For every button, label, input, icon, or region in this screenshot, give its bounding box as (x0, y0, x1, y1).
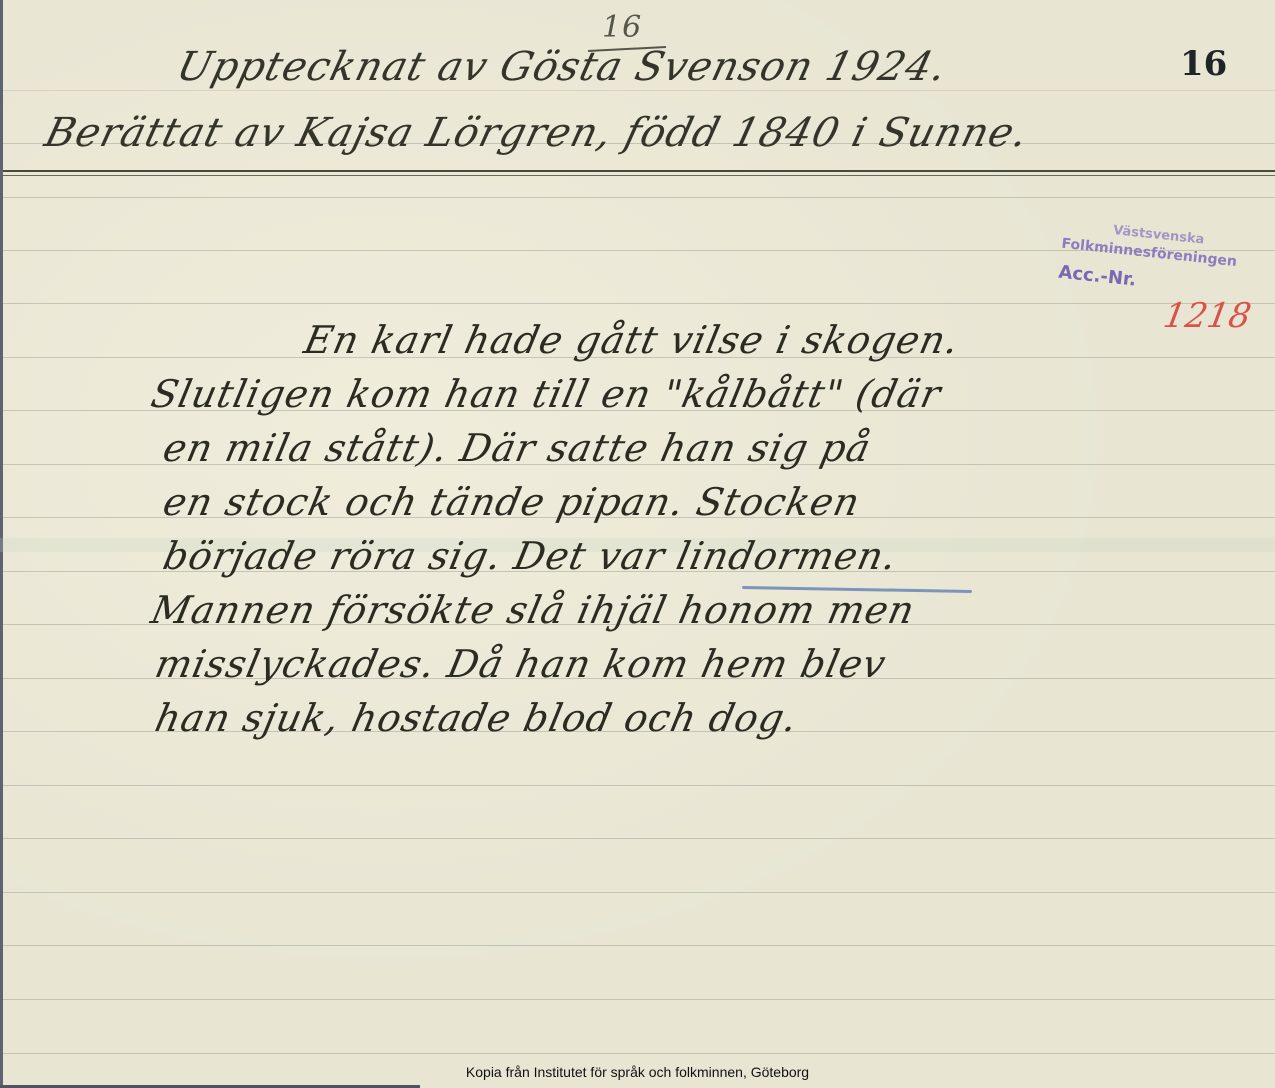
body-line-8: han sjuk, hostade blod och dog. (151, 696, 802, 740)
accession-number: 1218 (1160, 296, 1254, 336)
ruled-line (3, 1053, 1275, 1054)
body-line-2: Slutligen kom han till en "kålbått" (där (147, 372, 945, 416)
archive-copy-footer: Kopia från Institutet för språk och folk… (0, 1064, 1275, 1080)
recorded-by-line: Upptecknat av Gösta Svenson 1924. (172, 44, 952, 90)
body-line-1: En karl hade gått vilse i skogen. (300, 318, 963, 362)
printed-page-number: 16 (1180, 44, 1227, 84)
body-line-5: började röra sig. Det var lindormen. (159, 534, 901, 578)
header-double-rule (3, 170, 1275, 172)
ruled-line (3, 90, 1275, 91)
ruled-line (3, 785, 1275, 786)
ruled-line (3, 999, 1275, 1000)
body-line-7: misslyckades. Då han kom hem blev (151, 642, 890, 686)
narrated-by-line: Berättat av Kajsa Lörgren, född 1840 i S… (40, 110, 1033, 156)
manuscript-page: 16 16 Upptecknat av Gösta Svenson 1924. … (0, 0, 1275, 1088)
header-double-rule (3, 175, 1275, 176)
ruled-line (3, 945, 1275, 946)
body-line-4: en stock och tände pipan. Stocken (159, 480, 864, 524)
ruled-line (3, 197, 1275, 198)
pencil-page-number: 16 (602, 10, 642, 45)
ruled-line (3, 892, 1275, 893)
body-line-6: Mannen försökte slå ihjäl honom men (147, 588, 919, 632)
ruled-line (3, 838, 1275, 839)
body-line-3: en mila stått). Där satte han sig på (159, 426, 875, 470)
stamp-line-3: Acc.-Nr. (1058, 262, 1138, 291)
